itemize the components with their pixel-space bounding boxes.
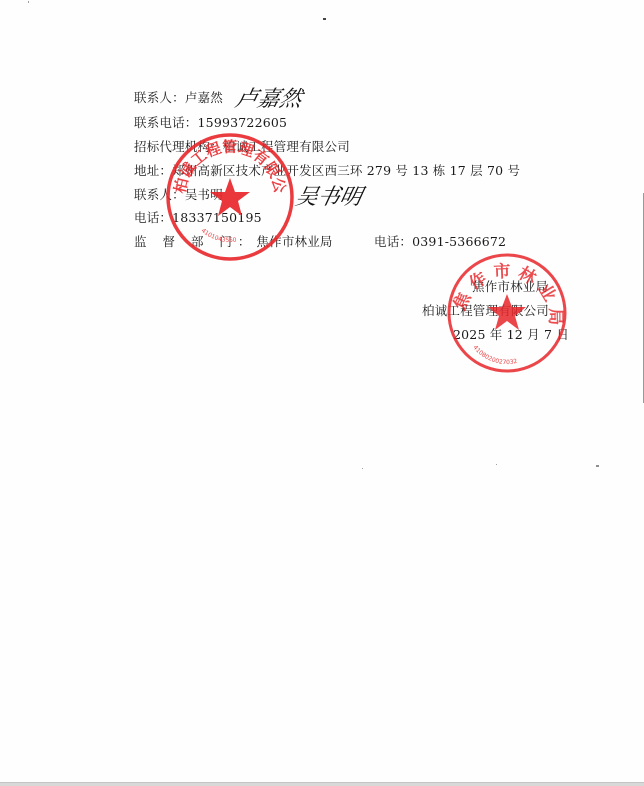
address-value: 郑州高新区技术产业开发区西三环 279 号 13 栋 17 层 70 号	[172, 163, 520, 178]
handwritten-signature-wu: 吴书明	[293, 180, 366, 211]
issue-date: 2025 年 12 月 7 日	[453, 327, 569, 343]
page-bottom-edge	[0, 782, 644, 786]
agency-contact-name: 吴书明	[185, 187, 223, 202]
document-page: 联系人：卢嘉然 卢嘉然 联系电话：15993722605 招标代理机构：柏诚工程…	[0, 0, 644, 782]
scan-speck	[596, 465, 599, 467]
scan-speck	[28, 1, 29, 3]
scan-speck	[362, 468, 363, 469]
supervisor-value: 焦作市林业局	[256, 234, 332, 249]
contact-person-line: 联系人：卢嘉然	[134, 90, 223, 106]
issuer-bureau: 焦作市林业局	[472, 279, 548, 295]
phone-label: 联系电话：	[134, 115, 198, 130]
supervisor-phone-label: 电话：	[374, 234, 412, 249]
supervisor-phone-value: 0391-5366672	[412, 234, 506, 249]
contact-name: 卢嘉然	[185, 90, 223, 105]
svg-text:焦作市林业局: 焦作市林业局	[449, 261, 565, 332]
issuer-agency: 柏诚工程管理有限公司	[422, 303, 549, 319]
agency-line: 招标代理机构：柏诚工程管理有限公司	[134, 139, 350, 155]
handwritten-signature-lu: 卢嘉然	[233, 82, 306, 113]
contact-phone-line: 联系电话：15993722605	[134, 115, 287, 131]
bureau-seal-text: 焦作市林业局	[449, 261, 565, 332]
scan-speck	[496, 464, 497, 465]
contact-label: 联系人：	[134, 90, 185, 105]
scan-speck	[323, 18, 326, 20]
supervisor-phone-line: 电话：0391-5366672	[374, 234, 506, 250]
bureau-seal-number: 4108020027032	[471, 344, 518, 366]
agency-phone-label: 电话：	[134, 210, 172, 225]
agency-label: 招标代理机构：	[134, 139, 223, 154]
address-line: 地址：郑州高新区技术产业开发区西三环 279 号 13 栋 17 层 70 号	[134, 163, 520, 179]
agency-contact-line: 联系人：吴书明	[134, 187, 223, 203]
agency-phone-value: 18337150195	[172, 210, 262, 225]
supervisor-line: 监 督 部 门：焦作市林业局	[134, 234, 333, 250]
agency-name: 柏诚工程管理有限公司	[223, 139, 350, 154]
agency-contact-label: 联系人：	[134, 187, 185, 202]
phone-value: 15993722605	[198, 115, 288, 130]
address-label: 地址：	[134, 163, 172, 178]
svg-text:4108020027032: 4108020027032	[471, 344, 518, 366]
agency-phone-line: 电话：18337150195	[134, 210, 262, 226]
supervisor-label: 监 督 部 门：	[134, 234, 256, 249]
